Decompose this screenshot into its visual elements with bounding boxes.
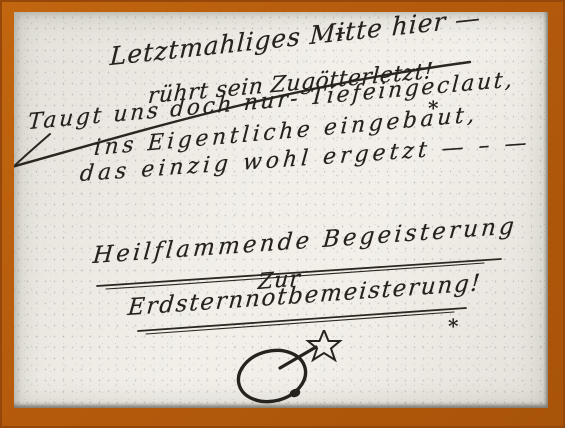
circle-star-sigil-icon — [232, 330, 362, 415]
asterisk-mark: * — [428, 96, 438, 120]
poem-line-6-underlined: Heilflammende Begeisterung — [92, 213, 518, 269]
cross-mark: + — [333, 23, 348, 43]
scanned-handwritten-note: Letztmahliges Mitte hier — rührt sein Zu… — [0, 0, 565, 428]
paper-sheet: Letztmahliges Mitte hier — rührt sein Zu… — [14, 12, 548, 408]
asterisk-mark: * — [448, 314, 458, 338]
poem-line-8-underlined: Erdsternnotbemeisterung! — [127, 270, 483, 321]
